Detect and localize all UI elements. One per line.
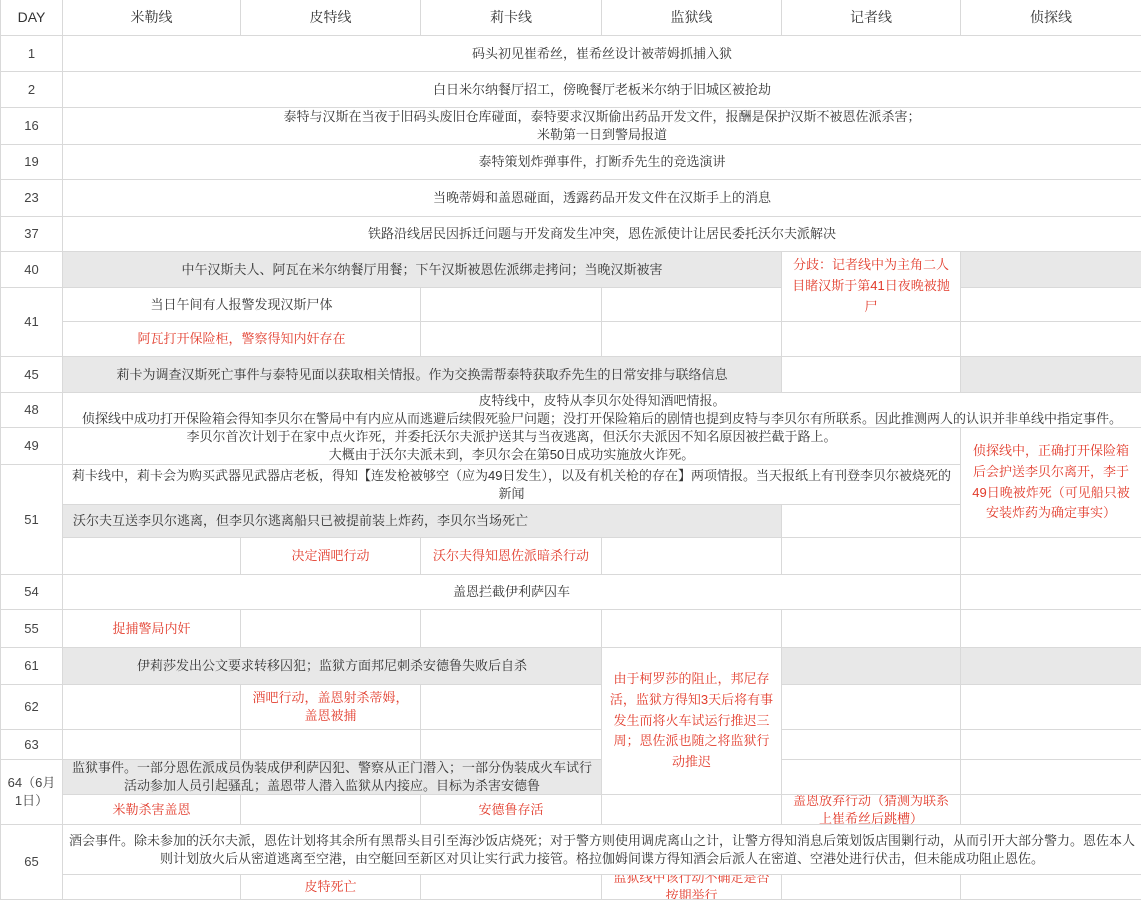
day-label-64[interactable]: 64（6月1日） bbox=[1, 760, 63, 825]
day-label-1[interactable]: 1 bbox=[1, 36, 63, 72]
day-label-62[interactable]: 62 bbox=[1, 685, 63, 730]
event-d2-restaurant[interactable]: 白日米尔纳餐厅招工，傍晚餐厅老板米尔纳于旧城区被抢劫 bbox=[63, 72, 1141, 108]
day-label-2[interactable]: 2 bbox=[1, 72, 63, 108]
empty-cell[interactable] bbox=[241, 795, 421, 825]
event-d41-body-found[interactable]: 当日午间有人报警发现汉斯尸体 bbox=[63, 288, 421, 322]
column-header-detective-line[interactable]: 侦探线 bbox=[961, 0, 1141, 36]
empty-cell[interactable] bbox=[421, 730, 602, 760]
event-d51-lika-weapons[interactable]: 莉卡线中，莉卡会为购买武器见武器店老板，得知【连发枪被够空（应为49日发生），以… bbox=[63, 465, 961, 505]
day-label-40[interactable]: 40 bbox=[1, 252, 63, 288]
empty-cell[interactable] bbox=[421, 322, 602, 357]
empty-cell[interactable] bbox=[782, 648, 961, 685]
empty-cell[interactable] bbox=[961, 575, 1141, 610]
column-header-reporter-line[interactable]: 记者线 bbox=[782, 0, 961, 36]
empty-cell[interactable] bbox=[961, 795, 1141, 825]
column-header-miller-line[interactable]: 米勒线 bbox=[63, 0, 241, 36]
empty-cell[interactable] bbox=[421, 288, 602, 322]
event-d61-transfer[interactable]: 伊莉莎发出公文要求转移囚犯；监狱方面邦尼刺杀安德鲁失败后自杀 bbox=[63, 648, 602, 685]
note-d40-reporter-divergence[interactable]: 分歧：记者线中为主角二人目睹汉斯于第41日夜晚被抛尸 bbox=[782, 252, 961, 322]
event-d1-dock[interactable]: 码头初见崔希丝，崔希丝设计被蒂姆抓捕入狱 bbox=[63, 36, 1141, 72]
empty-cell[interactable] bbox=[602, 795, 782, 825]
empty-cell[interactable] bbox=[961, 685, 1141, 730]
empty-cell[interactable] bbox=[63, 730, 241, 760]
event-d64-miller-kills-gein[interactable]: 米勒杀害盖恩 bbox=[63, 795, 241, 825]
empty-cell[interactable] bbox=[241, 730, 421, 760]
event-d51-wolf-learns[interactable]: 沃尔夫得知恩佐派暗杀行动 bbox=[421, 538, 602, 575]
event-d41-safe-opened[interactable]: 阿瓦打开保险柜，警察得知内奸存在 bbox=[63, 322, 421, 357]
note-d61-prison-delay[interactable]: 由于柯罗莎的阻止，邦尼存活，监狱方得知3天后将有事发生而将火车试运行推迟三周；恩… bbox=[602, 648, 782, 795]
empty-cell[interactable] bbox=[63, 538, 241, 575]
empty-cell[interactable] bbox=[602, 322, 782, 357]
timeline-spreadsheet: DAY 米勒线 皮特线 莉卡线 监狱线 记者线 侦探线 1 码头初见崔希丝，崔希… bbox=[0, 0, 1141, 900]
event-d23-meeting[interactable]: 当晚蒂姆和盖恩碰面，透露药品开发文件在汉斯手上的消息 bbox=[63, 180, 1141, 217]
note-d49-detective[interactable]: 侦探线中，正确打开保险箱后会护送李贝尔离开，李于49日晚被炸死（可见船只被安装炸… bbox=[961, 428, 1141, 538]
event-d65-banquet[interactable]: 酒会事件。除未参加的沃尔夫派，恩佐计划将其余所有黑帮头目引至海沙饭店烧死；对于警… bbox=[63, 825, 1141, 875]
empty-cell[interactable] bbox=[782, 760, 961, 795]
day-label-16[interactable]: 16 bbox=[1, 108, 63, 145]
empty-cell[interactable] bbox=[961, 357, 1141, 393]
empty-cell[interactable] bbox=[782, 322, 961, 357]
event-d45-lika-tate[interactable]: 莉卡为调查汉斯死亡事件与泰特见面以获取相关情报。作为交换需帮泰特获取乔先生的日常… bbox=[63, 357, 782, 393]
column-header-day[interactable]: DAY bbox=[1, 0, 63, 36]
empty-cell[interactable] bbox=[782, 610, 961, 648]
empty-cell[interactable] bbox=[421, 875, 602, 900]
day-label-41[interactable]: 41 bbox=[1, 288, 63, 357]
empty-cell[interactable] bbox=[961, 730, 1141, 760]
empty-cell[interactable] bbox=[961, 538, 1141, 575]
empty-cell[interactable] bbox=[961, 760, 1141, 795]
day-label-54[interactable]: 54 bbox=[1, 575, 63, 610]
day-label-45[interactable]: 45 bbox=[1, 357, 63, 393]
empty-cell[interactable] bbox=[602, 288, 782, 322]
event-d55-catch-mole[interactable]: 捉捕警局内奸 bbox=[63, 610, 241, 648]
event-d19-bomb[interactable]: 泰特策划炸弹事件，打断乔先生的竞选演讲 bbox=[63, 145, 1141, 180]
day-label-63[interactable]: 63 bbox=[1, 730, 63, 760]
empty-cell[interactable] bbox=[421, 610, 602, 648]
empty-cell[interactable] bbox=[782, 730, 961, 760]
empty-cell[interactable] bbox=[782, 875, 961, 900]
event-d54-intercept[interactable]: 盖恩拦截伊利萨囚车 bbox=[63, 575, 961, 610]
day-label-51[interactable]: 51 bbox=[1, 465, 63, 575]
event-d48-bar-intel[interactable]: 皮特线中，皮特从李贝尔处得知酒吧情报。 侦探线中成功打开保险箱会得知李贝尔在警局… bbox=[63, 393, 1141, 428]
empty-cell[interactable] bbox=[782, 685, 961, 730]
day-label-61[interactable]: 61 bbox=[1, 648, 63, 685]
event-d64-andrew-alive[interactable]: 安德鲁存活 bbox=[421, 795, 602, 825]
day-label-23[interactable]: 23 bbox=[1, 180, 63, 217]
empty-cell[interactable] bbox=[961, 252, 1141, 288]
empty-cell[interactable] bbox=[961, 288, 1141, 322]
column-header-lika-line[interactable]: 莉卡线 bbox=[421, 0, 602, 36]
event-d51-pete-bar-decision[interactable]: 决定酒吧行动 bbox=[241, 538, 421, 575]
day-label-19[interactable]: 19 bbox=[1, 145, 63, 180]
event-d64-prison-event[interactable]: 监狱事件。一部分恩佐派成员伪装成伊利萨囚犯、警察从正门潜入；一部分伪装成火车试行… bbox=[63, 760, 602, 795]
event-d65-pete-death[interactable]: 皮特死亡 bbox=[241, 875, 421, 900]
day-label-37[interactable]: 37 bbox=[1, 217, 63, 252]
empty-cell[interactable] bbox=[961, 322, 1141, 357]
empty-cell[interactable] bbox=[63, 875, 241, 900]
event-d40-hans[interactable]: 中午汉斯夫人、阿瓦在米尔纳餐厅用餐；下午汉斯被恩佐派绑走拷问；当晚汉斯被害 bbox=[63, 252, 782, 288]
empty-cell[interactable] bbox=[961, 610, 1141, 648]
event-d62-bar-action[interactable]: 酒吧行动，盖恩射杀蒂姆，盖恩被捕 bbox=[241, 685, 421, 730]
column-header-prison-line[interactable]: 监狱线 bbox=[602, 0, 782, 36]
empty-cell[interactable] bbox=[782, 538, 961, 575]
event-d37-railway[interactable]: 铁路沿线居民因拆迁问题与开发商发生冲突，恩佐派使计让居民委托沃尔夫派解决 bbox=[63, 217, 1141, 252]
empty-cell[interactable] bbox=[602, 538, 782, 575]
empty-cell[interactable] bbox=[63, 685, 241, 730]
empty-cell[interactable] bbox=[961, 875, 1141, 900]
empty-cell[interactable] bbox=[602, 610, 782, 648]
empty-cell[interactable] bbox=[961, 648, 1141, 685]
day-label-49[interactable]: 49 bbox=[1, 428, 63, 465]
event-d65-prison-uncertain[interactable]: 监狱线中该行动不确定是否按期举行 bbox=[602, 875, 782, 900]
empty-cell[interactable] bbox=[782, 505, 961, 538]
empty-cell[interactable] bbox=[782, 357, 961, 393]
day-label-55[interactable]: 55 bbox=[1, 610, 63, 648]
event-d64-gein-abandons[interactable]: 盖恩放弃行动（猜测为联系上崔希丝后跳槽） bbox=[782, 795, 961, 825]
column-header-pete-line[interactable]: 皮特线 bbox=[241, 0, 421, 36]
empty-cell[interactable] bbox=[241, 610, 421, 648]
empty-cell[interactable] bbox=[421, 685, 602, 730]
day-label-65[interactable]: 65 bbox=[1, 825, 63, 900]
event-d51-wolf-escort[interactable]: 沃尔夫互送李贝尔逃离，但李贝尔逃离船只已被提前装上炸药，李贝尔当场死亡 bbox=[63, 505, 782, 538]
event-d49-libel-plan[interactable]: 李贝尔首次计划于在家中点火诈死，并委托沃尔夫派护送其与当夜逃离，但沃尔夫派因不知… bbox=[63, 428, 961, 465]
event-d16-warehouse[interactable]: 泰特与汉斯在当夜于旧码头废旧仓库碰面，泰特要求汉斯偷出药品开发文件，报酬是保护汉… bbox=[63, 108, 1141, 145]
day-label-48[interactable]: 48 bbox=[1, 393, 63, 428]
